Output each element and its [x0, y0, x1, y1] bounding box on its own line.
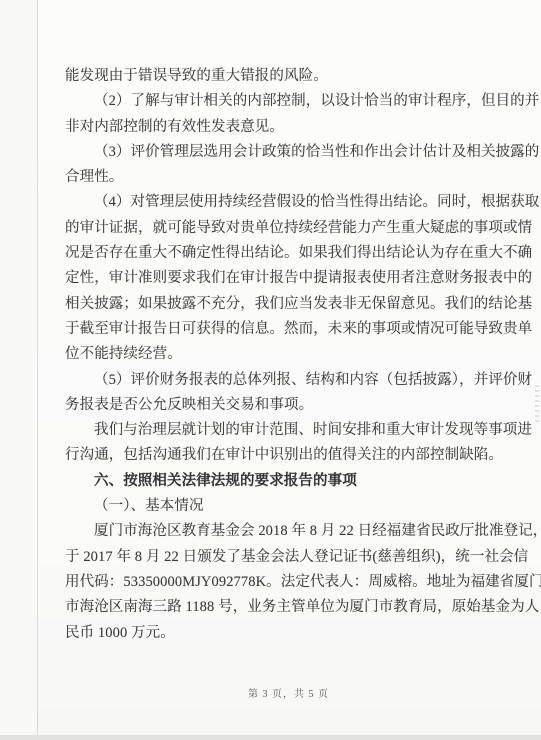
- section-heading: 六、按照相关法律法规的要求报告的事项: [65, 469, 512, 494]
- document-line: 厦门市海沧区教育基金会 2018 年 8 月 22 日经福建省民政厅批准登记，: [65, 519, 512, 544]
- scanned-document-page: 能发现由于错误导致的重大错报的风险。 （2）了解与审计相关的内部控制，以设计恰当…: [0, 0, 541, 740]
- document-line: 相关披露；如果披露不充分，我们应当发表非无保留意见。我们的结论基: [65, 292, 512, 317]
- document-line: 行沟通，包括沟通我们在审计中识别出的值得关注的内部控制缺陷。: [65, 443, 512, 468]
- document-line: 于截至审计报告日可获得的信息。然而，未来的事项或情况可能导致贵单: [65, 317, 512, 342]
- document-line: （5）评价财务报表的总体列报、结构和内容（包括披露），并评价财: [65, 368, 512, 393]
- scan-bottom-edge: [0, 735, 541, 740]
- document-line: 位不能持续经营。: [65, 342, 512, 367]
- document-line: 市海沧区南海三路 1188 号，业务主管单位为厦门市教育局，原始基金为人: [65, 595, 512, 620]
- document-line: 况是否存在重大不确定性得出结论。如果我们得出结论认为存在重大不确: [65, 241, 512, 266]
- document-body: 能发现由于错误导致的重大错报的风险。 （2）了解与审计相关的内部控制，以设计恰当…: [65, 64, 512, 646]
- document-line: 务报表是否公允反映相关交易和事项。: [65, 393, 512, 418]
- document-line: 非对内部控制的有效性发表意见。: [65, 115, 512, 140]
- page-number: 第 3 页，共 5 页: [65, 685, 512, 700]
- document-line: 合理性。: [65, 165, 512, 190]
- document-line: 能发现由于错误导致的重大错报的风险。: [65, 64, 512, 89]
- document-line: （3）评价管理层选用会计政策的恰当性和作出会计估计及相关披露的: [65, 140, 512, 165]
- subsection-heading: （一）、基本情况: [65, 494, 512, 519]
- document-line: （4）对管理层使用持续经营假设的恰当性得出结论。同时，根据获取: [65, 190, 512, 215]
- document-line: 于 2017 年 8 月 22 日颁发了基金会法人登记证书(慈善组织)，统一社会…: [65, 545, 512, 570]
- scan-left-margin: [0, 0, 37, 740]
- scan-fold-line: [37, 0, 38, 740]
- document-line: 用代码：53350000MJY092778K。法定代表人：周威榕。地址为福建省厦…: [65, 570, 512, 595]
- document-line: （2）了解与审计相关的内部控制，以设计恰当的审计程序，但目的并: [65, 89, 512, 114]
- scan-bleed-artifact: [535, 385, 539, 423]
- document-line: 我们与治理层就计划的审计范围、时间安排和重大审计发现等事项进: [65, 418, 512, 443]
- document-line: 民币 1000 万元。: [65, 621, 512, 646]
- document-line: 的审计证据，就可能导致对贵单位持续经营能力产生重大疑虑的事项或情: [65, 216, 512, 241]
- document-line: 定性，审计准则要求我们在审计报告中提请报表使用者注意财务报表中的: [65, 266, 512, 291]
